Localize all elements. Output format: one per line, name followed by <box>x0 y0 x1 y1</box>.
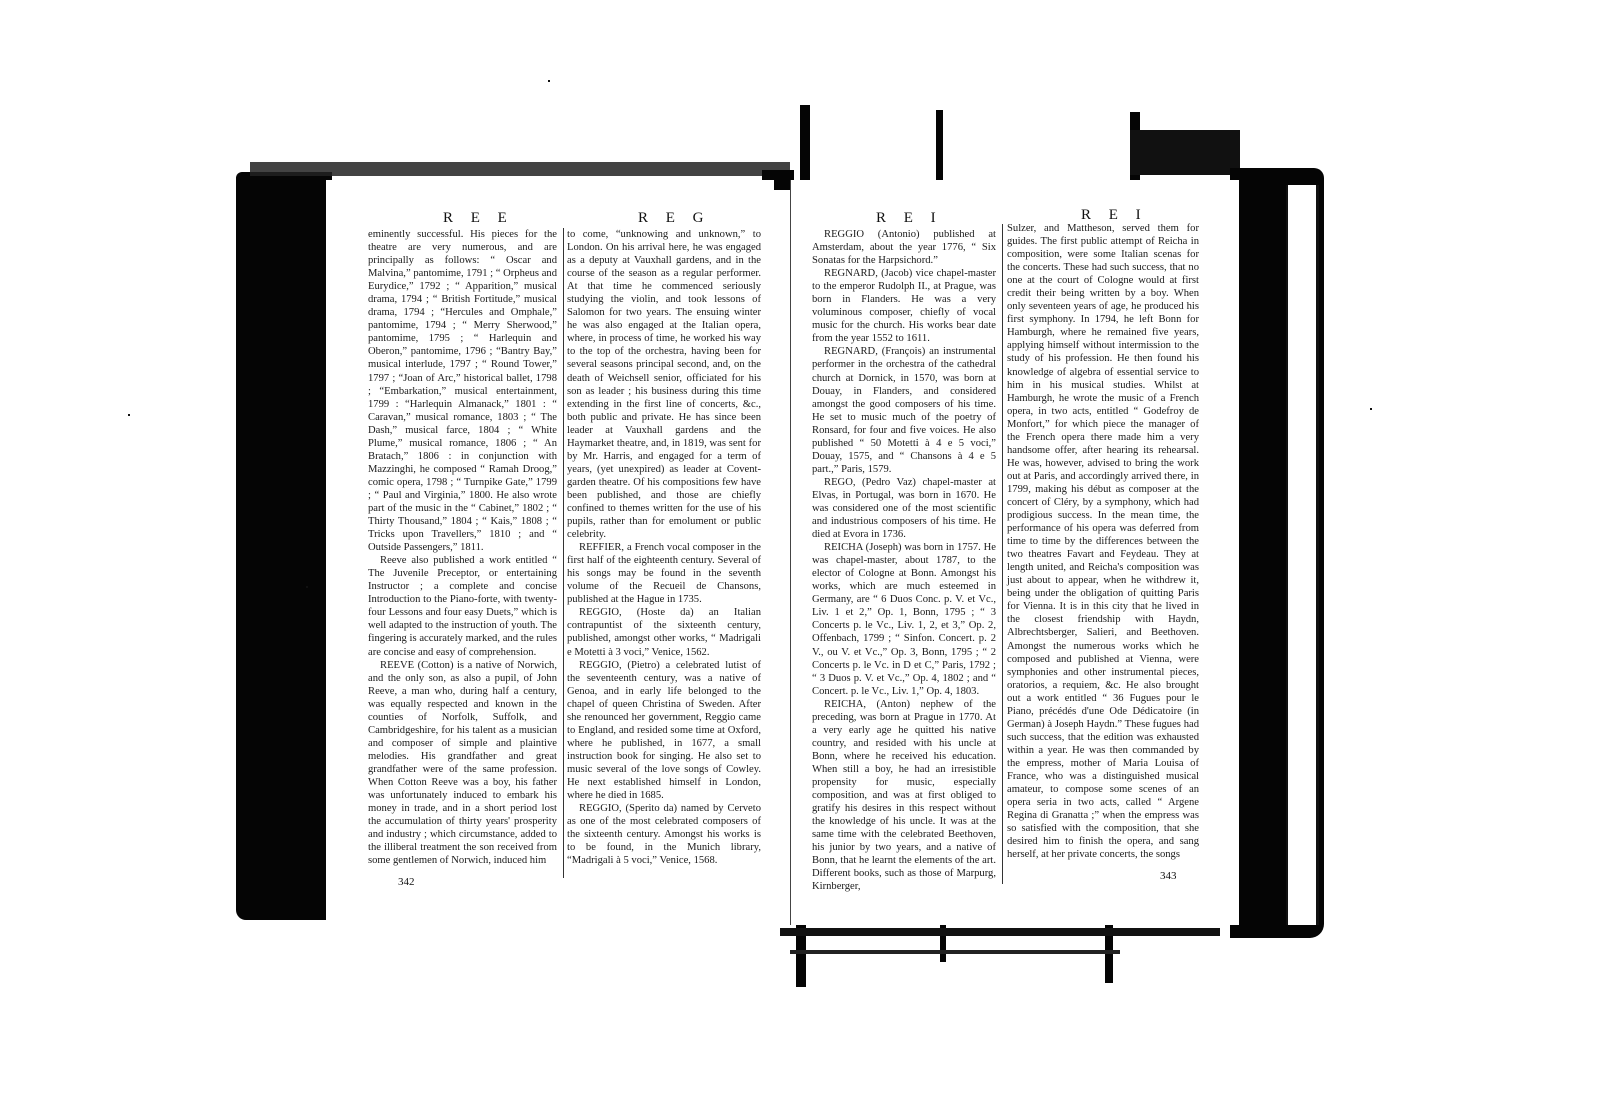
paragraph: REGO, (Pedro Vaz) chapel-master at Elvas… <box>812 476 996 541</box>
scan-dot <box>548 80 550 82</box>
paragraph: REICHA, (Anton) nephew of the preceding,… <box>812 698 996 894</box>
paragraph: REGNARD, (Jacob) vice chapel-master to t… <box>812 267 996 345</box>
paragraph: REGGIO, (Pietro) a celebrated lutist of … <box>567 659 761 803</box>
running-header-right-col1: R E I <box>876 210 943 227</box>
page-number-right: 343 <box>1160 870 1177 882</box>
left-page-column-1: eminently successful. His pieces for the… <box>368 228 557 867</box>
paragraph: REICHA (Joseph) was born in 1757. He was… <box>812 541 996 698</box>
bottom-strip <box>790 950 1120 954</box>
scan-dot <box>128 414 130 416</box>
paragraph: REGGIO, (Sperito da) named by Cerveto as… <box>567 802 761 867</box>
paragraph: eminently successful. His pieces for the… <box>368 228 557 554</box>
page-edges-right <box>1286 185 1319 925</box>
paragraph: Reeve also published a work entitled “ T… <box>368 554 557 658</box>
book-edge-left <box>236 172 332 920</box>
running-header-left-col1: R E E <box>443 210 514 227</box>
paragraph: Sulzer, and Mattheson, served them for g… <box>1007 222 1199 861</box>
right-page-column-1: REGGIO (Antonio) published at Amsterdam,… <box>812 228 996 893</box>
bottom-shadow <box>780 928 1220 936</box>
bookmark-tab-2 <box>936 110 943 190</box>
scan-dot <box>1370 408 1372 410</box>
scan-noise-top-left <box>250 162 790 176</box>
paragraph: REGNARD, (François) an instrumental perf… <box>812 345 996 475</box>
left-page-column-2: to come, “unknowing and unknown,” to Lon… <box>567 228 761 867</box>
column-rule <box>563 228 564 878</box>
page-number-left: 342 <box>398 876 415 888</box>
column-rule <box>1002 224 1003 884</box>
running-header-left-col2: R E G <box>638 210 711 227</box>
scan-dot <box>306 586 308 588</box>
paragraph: REGGIO, (Hoste da) an Italian contrapunt… <box>567 606 761 658</box>
paragraph: to come, “unknowing and unknown,” to Lon… <box>567 228 761 541</box>
paragraph: REFFIER, a French vocal composer in the … <box>567 541 761 606</box>
paragraph: REGGIO (Antonio) published at Amsterdam,… <box>812 228 996 267</box>
right-page-column-2: Sulzer, and Mattheson, served them for g… <box>1007 222 1199 861</box>
scan-noise-top-right <box>1130 130 1240 175</box>
paragraph: REEVE (Cotton) is a native of Norwich, a… <box>368 659 557 868</box>
